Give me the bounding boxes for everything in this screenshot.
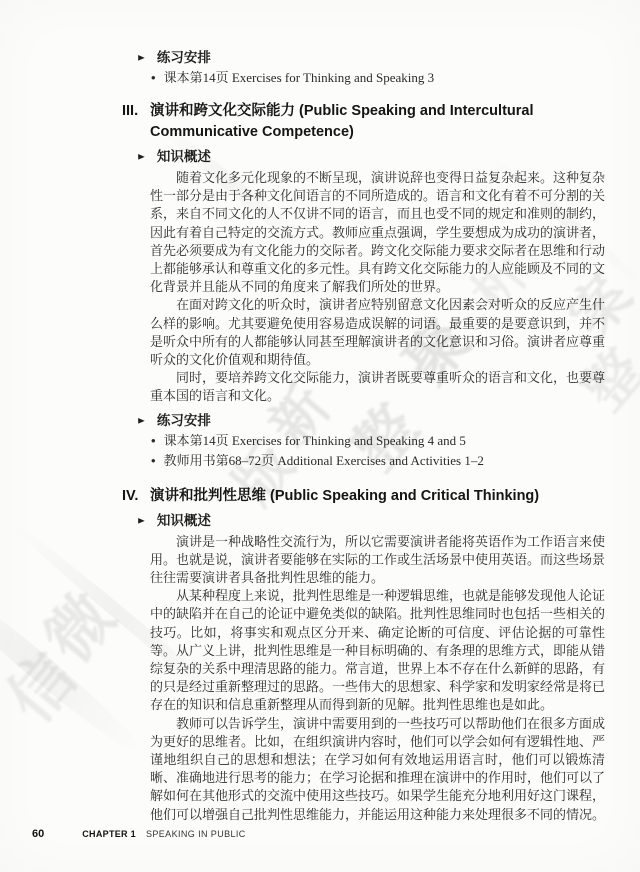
exercise-block-previous: ► 练习安排 • 课本第14页 Exercises for Thinking a…: [136, 48, 640, 88]
exercise-header: ► 练习安排: [136, 48, 640, 68]
exercise-block-section-iii: ► 练习安排 • 课本第14页 Exercises for Thinking a…: [136, 411, 640, 471]
overview-header: ► 知识概述: [136, 147, 640, 167]
arrow-right-icon: ►: [136, 512, 147, 529]
exercise-header-label: 练习安排: [157, 48, 211, 68]
bullet-icon: •: [151, 431, 156, 451]
section-iii-heading: III. 演讲和跨文化交际能力 (Public Speaking and Int…: [122, 101, 600, 143]
exercise-item-list: • 课本第14页 Exercises for Thinking and Spea…: [136, 431, 640, 471]
exercise-item: • 教师用书第68–72页 Additional Exercises and A…: [151, 451, 640, 471]
exercise-header-label: 练习安排: [157, 411, 211, 431]
paragraph: 同时，要培养跨文化交际能力，演讲者既要尊重听众的语言和文化，也要尊重本国的语言和…: [150, 369, 605, 405]
chapter-label: CHAPTER 1: [82, 829, 136, 839]
exercise-item: • 课本第14页 Exercises for Thinking and Spea…: [151, 68, 640, 88]
section-number: IV.: [122, 486, 150, 507]
exercise-item-text: 课本第14页 Exercises for Thinking and Speaki…: [164, 431, 466, 451]
exercise-item-list: • 课本第14页 Exercises for Thinking and Spea…: [136, 68, 640, 88]
bullet-icon: •: [151, 68, 156, 88]
paragraph: 演讲是一种战略性交流行为，所以它需要演讲者能将英语作为工作语言来使用。也就是说，…: [150, 533, 605, 588]
paragraph: 从某种程度上来说，批判性思维是一种逻辑思维，也就是能够发现他人论证中的缺陷并在自…: [150, 587, 605, 714]
paragraph: 随着文化多元化现象的不断呈现，演讲说辞也变得日益复杂起来。这种复杂性一部分是由于…: [150, 169, 605, 296]
overview-header-label: 知识概述: [157, 147, 211, 167]
overview-header: ► 知识概述: [136, 511, 640, 531]
section-title: 演讲和批判性思维 (Public Speaking and Critical T…: [150, 486, 600, 507]
overview-header-label: 知识概述: [157, 511, 211, 531]
exercise-item: • 课本第14页 Exercises for Thinking and Spea…: [151, 431, 640, 451]
page-footer: 60 CHAPTER 1 SPEAKING IN PUBLIC: [32, 828, 246, 840]
arrow-right-icon: ►: [136, 50, 147, 67]
section-iv-paragraphs: 演讲是一种战略性交流行为，所以它需要演讲者能将英语作为工作语言来使用。也就是说，…: [150, 533, 605, 824]
book-title: SPEAKING IN PUBLIC: [146, 829, 246, 839]
arrow-right-icon: ►: [136, 149, 147, 166]
scanned-book-page: 微 信 新 版 聚 整 案 析 整 ► 练习安排 • 课本第14页 Exerci…: [0, 0, 640, 872]
section-number: III.: [122, 101, 150, 143]
paragraph: 在面对跨文化的听众时，演讲者应特别留意文化因素会对听众的反应产生什么样的影响。尤…: [150, 296, 605, 369]
exercise-item-text: 课本第14页 Exercises for Thinking and Speaki…: [164, 68, 435, 88]
section-iv-heading: IV. 演讲和批判性思维 (Public Speaking and Critic…: [122, 486, 600, 507]
arrow-right-icon: ►: [136, 412, 147, 429]
page-number: 60: [32, 828, 44, 840]
bullet-icon: •: [151, 451, 156, 471]
exercise-header: ► 练习安排: [136, 411, 640, 431]
section-iii-paragraphs: 随着文化多元化现象的不断呈现，演讲说辞也变得日益复杂起来。这种复杂性一部分是由于…: [150, 169, 605, 406]
page-content: ► 练习安排 • 课本第14页 Exercises for Thinking a…: [0, 0, 640, 824]
exercise-item-text: 教师用书第68–72页 Additional Exercises and Act…: [164, 451, 484, 471]
paragraph: 教师可以告诉学生，演讲中需要用到的一些技巧可以帮助他们在很多方面成为更好的思维者…: [150, 715, 605, 824]
section-title: 演讲和跨文化交际能力 (Public Speaking and Intercul…: [150, 101, 600, 143]
